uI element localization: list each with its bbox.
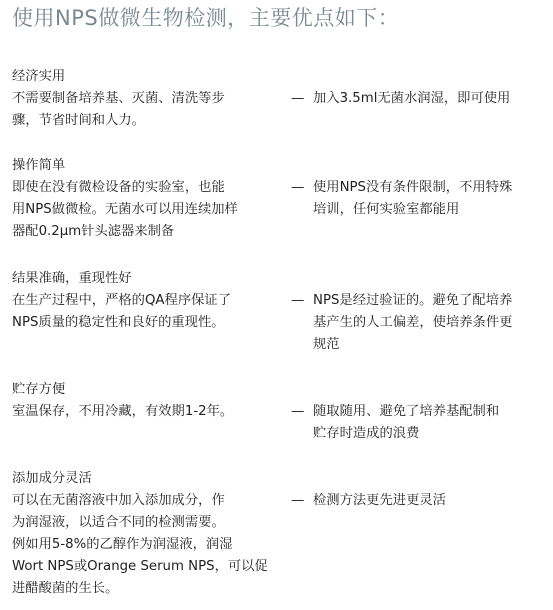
advantage-description-line: 室温保存，不用冷藏，有效期1-2年。 (12, 401, 282, 423)
advantage-heading: 操作简单 (12, 155, 282, 177)
benefit-line: 贮存时造成的浪费 (313, 423, 499, 445)
advantage-heading: 结果准确，重现性好 (12, 268, 282, 290)
advantage-detail: 结果准确，重现性好 在生产过程中，严格的QA程序保证了 NPS质量的稳定性和良好… (12, 268, 282, 334)
benefit-line: 培训，任何实验室都能用 (313, 199, 512, 221)
advantage-heading: 贮存方便 (12, 379, 282, 401)
advantage-detail: 经济实用 不需要制备培养基、灭菌、清洗等步 骤，节省时间和人力。 (12, 66, 282, 132)
benefit-line: 随取随用、避免了培养基配制和 (313, 401, 499, 423)
advantage-description-line: Wort NPS或Orange Serum NPS，可以促 (12, 556, 282, 578)
advantage-description-line: 器配0.2μm针头滤器来制备 (12, 221, 282, 243)
advantage-description-line: 为润湿液，以适合不同的检测需要。 (12, 512, 282, 534)
advantage-heading: 经济实用 (12, 66, 282, 88)
dash-bullet-icon: — (291, 88, 311, 110)
advantage-description-line: 例如用5-8%的乙醇作为润湿液，润湿 (12, 534, 282, 556)
advantage-description-line: 可以在无菌溶液中加入添加成分，作 (12, 490, 282, 512)
benefit-line: NPS是经过验证的。避免了配培养 (313, 290, 512, 312)
dash-bullet-icon: — (291, 490, 311, 512)
advantage-description-line: 进醋酸菌的生长。 (12, 578, 282, 600)
advantage-detail: 贮存方便 室温保存，不用冷藏，有效期1-2年。 (12, 379, 282, 423)
benefit-line: 规范 (313, 334, 512, 356)
benefit-line: 加入3.5ml无菌水润湿，即可使用 (313, 88, 510, 110)
advantage-heading: 添加成分灵活 (12, 468, 282, 490)
dash-bullet-icon: — (291, 177, 311, 199)
benefit-line: 基产生的人工偏差，使培养条件更 (313, 312, 512, 334)
dash-bullet-icon: — (291, 290, 311, 312)
advantage-description-line: 骤，节省时间和人力。 (12, 110, 282, 132)
dash-bullet-icon: — (291, 401, 311, 423)
advantage-description-line: 在生产过程中，严格的QA程序保证了 (12, 290, 282, 312)
page-title: 使用NPS做微生物检测，主要优点如下： (12, 4, 399, 32)
advantage-description-line: 用NPS做微检。无菌水可以用连续加样 (12, 199, 282, 221)
advantage-description-line: 即使在没有微检设备的实验室，也能 (12, 177, 282, 199)
advantage-detail: 操作简单 即使在没有微检设备的实验室，也能 用NPS做微检。无菌水可以用连续加样… (12, 155, 282, 243)
benefit-line: 使用NPS没有条件限制，不用特殊 (313, 177, 512, 199)
advantage-detail: 添加成分灵活 可以在无菌溶液中加入添加成分，作 为润湿液，以适合不同的检测需要。… (12, 468, 282, 600)
benefit-line: 检测方法更先进更灵活 (313, 490, 446, 512)
advantage-description-line: 不需要制备培养基、灭菌、清洗等步 (12, 88, 282, 110)
advantage-description-line: NPS质量的稳定性和良好的重现性。 (12, 312, 282, 334)
